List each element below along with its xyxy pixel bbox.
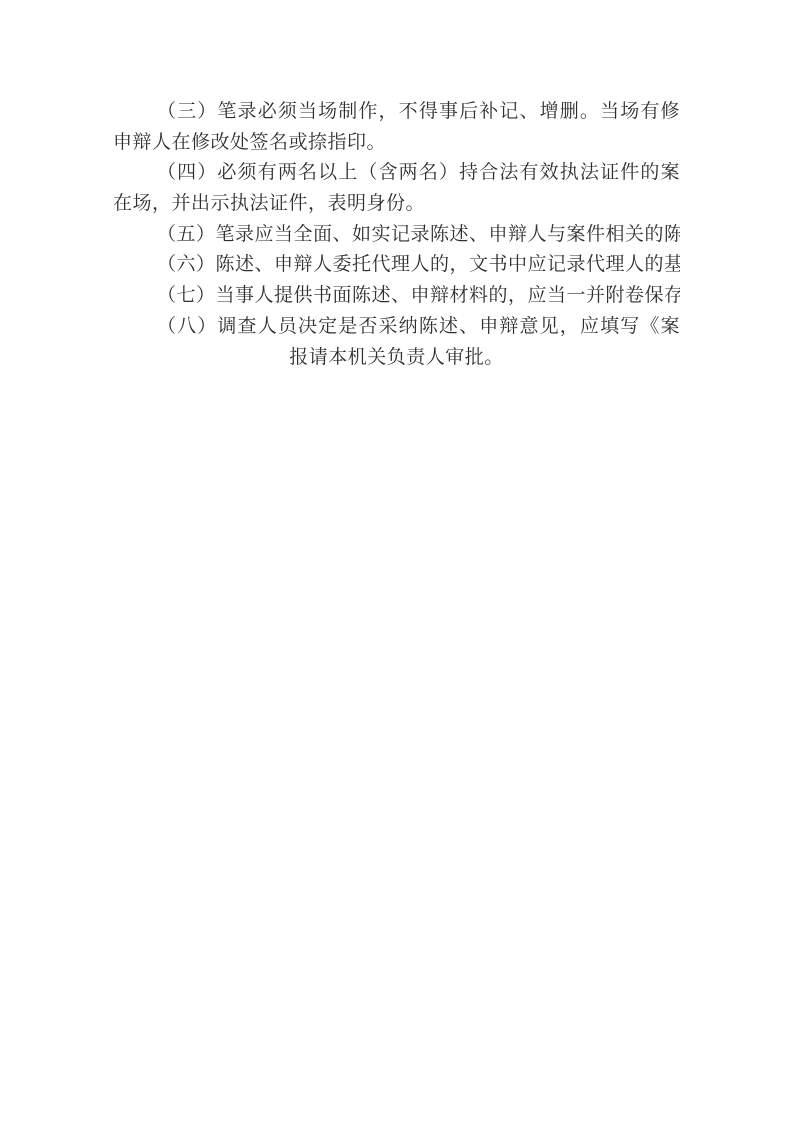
doc-line-2: 申辩人在修改处签名或捺指印。 xyxy=(113,127,680,158)
document-page: （三）笔录必须当场制作，不得事后补记、增删。当场有修改的，由陈述、 申辩人在修改… xyxy=(0,0,793,1122)
doc-line-1: （三）笔录必须当场制作，不得事后补记、增删。当场有修改的，由陈述、 xyxy=(113,96,680,127)
doc-line-6: （六）陈述、申辩人委托代理人的，文书中应记录代理人的基本情况。 xyxy=(113,249,680,280)
doc-line-8: （八）调查人员决定是否采纳陈述、申辩意见，应填写《案件处理审批表》， xyxy=(113,311,680,342)
doc-line-4: 在场，并出示执法证件，表明身份。 xyxy=(113,188,680,219)
doc-line-3: （四）必须有两名以上（含两名）持合法有效执法证件的案件调查人员同时 xyxy=(113,157,680,188)
doc-line-5: （五）笔录应当全面、如实记录陈述、申辩人与案件相关的陈述。 xyxy=(113,219,680,250)
doc-line-9: 报请本机关负责人审批。 xyxy=(113,342,680,373)
doc-line-7: （七）当事人提供书面陈述、申辩材料的，应当一并附卷保存。 xyxy=(113,280,680,311)
document-text-block: （三）笔录必须当场制作，不得事后补记、增删。当场有修改的，由陈述、 申辩人在修改… xyxy=(113,96,680,372)
